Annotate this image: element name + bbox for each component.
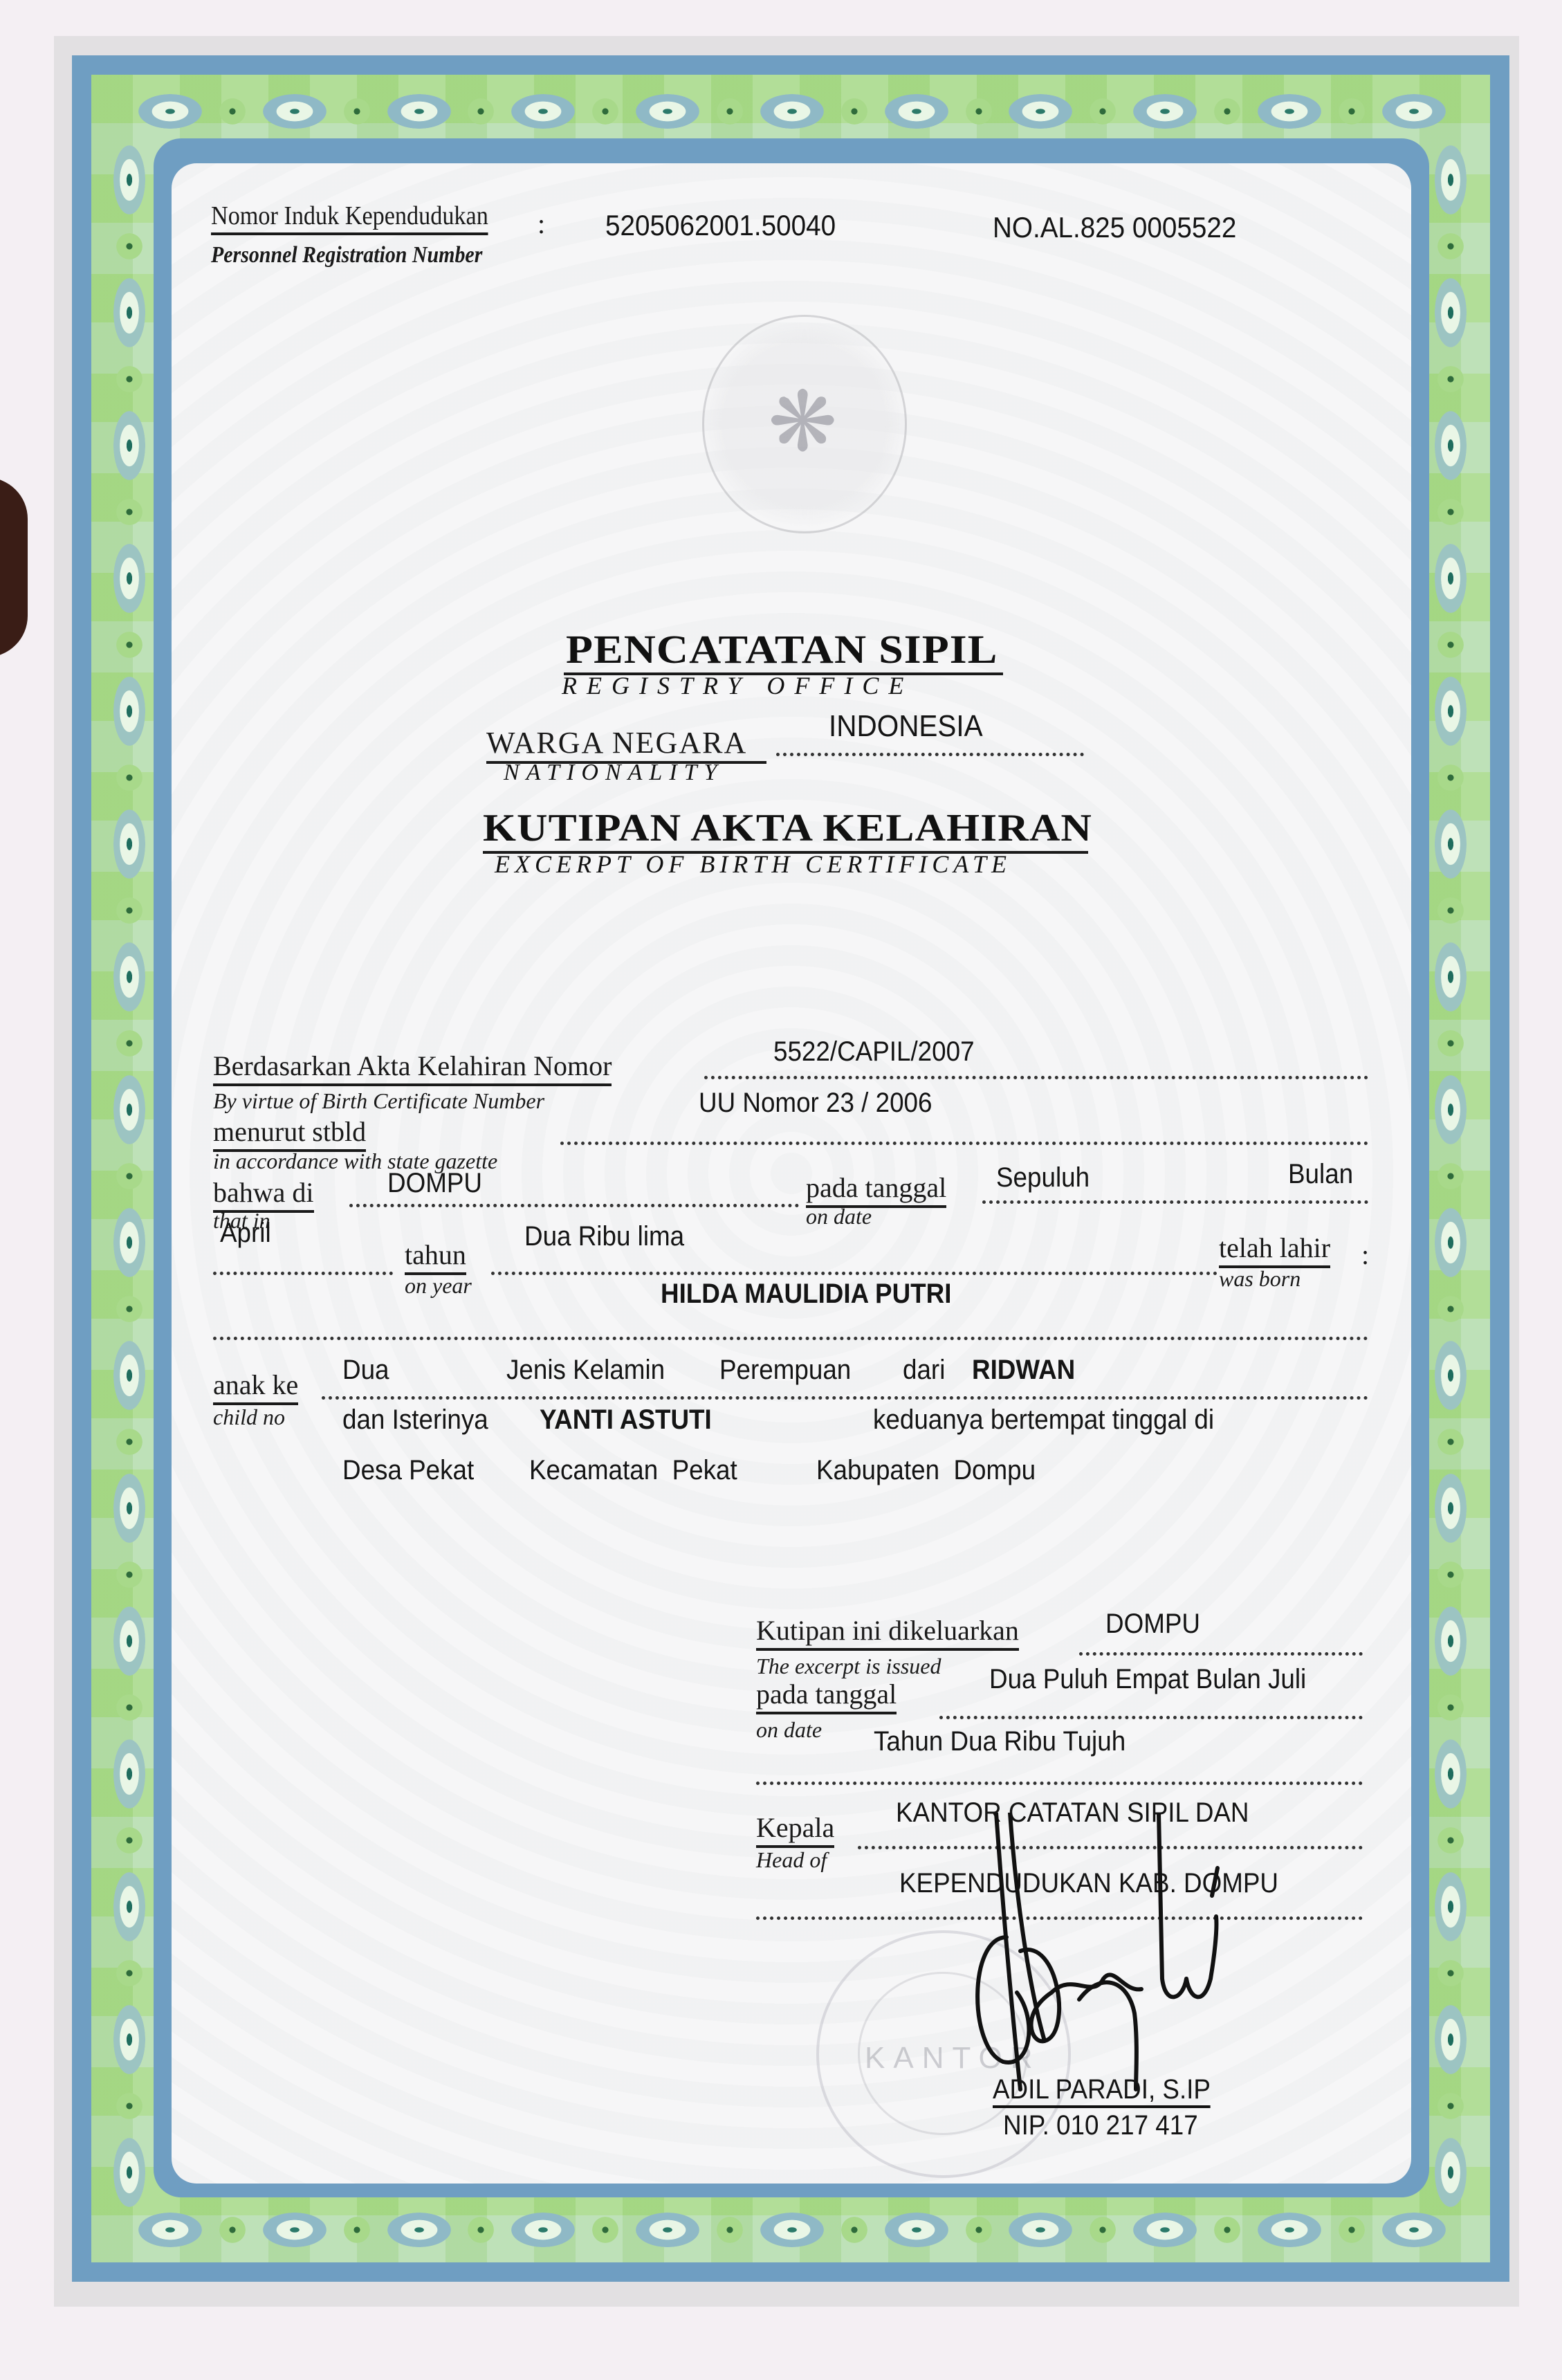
head-label-en: Head of: [756, 1847, 827, 1873]
date-day-value: Sepuluh: [996, 1162, 1090, 1193]
border-quatrefoil-icon: [113, 1872, 145, 1941]
border-dot-icon: [1435, 364, 1466, 394]
border-quatrefoil-icon: [138, 2213, 202, 2247]
year-value: Dua Ribu lima: [524, 1221, 684, 1252]
border-quatrefoil-icon: [1009, 2213, 1072, 2247]
border-quatrefoil-icon: [1382, 94, 1446, 129]
born-label-en: was born: [1219, 1266, 1301, 1292]
nationality-value: INDONESIA: [829, 709, 983, 744]
year-label-en: on year: [405, 1273, 472, 1299]
border-quatrefoil-icon: [113, 278, 145, 347]
border-dot-icon: [839, 2215, 870, 2245]
border-dot-icon: [466, 96, 496, 127]
border-dot-icon: [839, 96, 870, 127]
border-dot-icon: [466, 2215, 496, 2245]
border-dot-icon: [114, 630, 145, 660]
border-dot-icon: [114, 2091, 145, 2121]
date-label-en: on date: [806, 1204, 872, 1229]
border-quatrefoil-icon: [113, 1208, 145, 1277]
child-order-label-en: child no: [213, 1404, 285, 1430]
border-dot-icon: [1435, 497, 1466, 527]
border-quatrefoil-icon: [1382, 2213, 1446, 2247]
document-title: KUTIPAN AKTA KELAHIRAN: [483, 806, 1092, 850]
border-quatrefoil-icon: [1435, 2005, 1467, 2074]
border-dot-icon: [114, 364, 145, 394]
border-quatrefoil-icon: [1435, 2138, 1467, 2207]
border-quatrefoil-icon: [1258, 94, 1321, 129]
border-dot-icon: [1435, 895, 1466, 926]
border-dot-icon: [114, 1825, 145, 1856]
border-quatrefoil-icon: [760, 2213, 824, 2247]
border-quatrefoil-icon: [636, 94, 699, 129]
border-quatrefoil-icon: [113, 1739, 145, 1809]
border-quatrefoil-icon: [1435, 809, 1467, 879]
border-quatrefoil-icon: [113, 2138, 145, 2207]
border-dot-icon: [1435, 231, 1466, 262]
issued-date-label-en: on date: [756, 1717, 822, 1743]
border-dot-icon: [342, 2215, 372, 2245]
issued-place-value: DOMPU: [1105, 1609, 1200, 1640]
border-dot-icon: [1212, 96, 1242, 127]
border-quatrefoil-icon: [113, 677, 145, 746]
village-value: Desa Pekat: [342, 1455, 474, 1486]
border-quatrefoil-icon: [113, 809, 145, 879]
border-quatrefoil-icon: [511, 2213, 575, 2247]
border-quatrefoil-icon: [263, 2213, 327, 2247]
border-quatrefoil-icon: [113, 145, 145, 214]
border-dot-icon: [217, 2215, 248, 2245]
border-quatrefoil-icon: [1435, 278, 1467, 347]
border-ornament-left: [105, 145, 154, 2207]
border-ornament-top: [138, 87, 1446, 136]
border-quatrefoil-icon: [636, 2213, 699, 2247]
border-dot-icon: [1435, 1028, 1466, 1059]
gender-label: Jenis Kelamin: [506, 1355, 665, 1386]
residence-label: keduanya bertempat tinggal di: [873, 1404, 1214, 1436]
from-label: dari: [903, 1355, 945, 1386]
place-value: DOMPU: [387, 1168, 482, 1199]
nik-value: 5205062001.50040: [605, 209, 836, 242]
border-quatrefoil-icon: [1435, 1739, 1467, 1809]
act-number-label-en: By virtue of Birth Certificate Number: [213, 1088, 544, 1114]
border-quatrefoil-icon: [1435, 1341, 1467, 1410]
border-quatrefoil-icon: [1435, 1606, 1467, 1676]
border-dot-icon: [114, 1559, 145, 1590]
border-quatrefoil-icon: [113, 544, 145, 613]
border-dot-icon: [114, 497, 145, 527]
mother-name: YANTI ASTUTI: [540, 1404, 712, 1436]
border-ornament-bottom: [138, 2206, 1446, 2254]
border-quatrefoil-icon: [1435, 1474, 1467, 1543]
border-quatrefoil-icon: [1435, 1208, 1467, 1277]
born-label: telah lahir: [1219, 1232, 1330, 1268]
issued-label: Kutipan ini dikeluarkan: [756, 1614, 1019, 1651]
nationality-label-en: NATIONALITY: [504, 760, 724, 786]
border-quatrefoil-icon: [1133, 94, 1197, 129]
nik-colon: :: [537, 208, 545, 240]
border-quatrefoil-icon: [1435, 942, 1467, 1011]
border-dot-icon: [715, 96, 745, 127]
stbld-value: UU Nomor 23 / 2006: [699, 1088, 932, 1119]
child-name: HILDA MAULIDIA PUTRI: [661, 1279, 951, 1310]
border-dot-icon: [590, 2215, 621, 2245]
border-dot-icon: [1087, 96, 1118, 127]
issued-date-label: pada tanggal: [756, 1678, 897, 1714]
nik-label: Nomor Induk Kependudukan: [211, 201, 488, 235]
district-value: Kecamatan Pekat: [529, 1455, 737, 1486]
border-dot-icon: [1435, 1161, 1466, 1191]
border-dot-icon: [1435, 1559, 1466, 1590]
thumb-photo-artifact: [0, 477, 28, 657]
child-order-label: anak ke: [213, 1368, 298, 1405]
child-order-value: Dua: [342, 1355, 389, 1386]
issued-date-line2: Tahun Dua Ribu Tujuh: [874, 1726, 1125, 1757]
issued-date-line1: Dua Puluh Empat Bulan Juli: [989, 1664, 1306, 1695]
head-label: Kepala: [756, 1811, 834, 1848]
gender-value: Perempuan: [719, 1355, 851, 1386]
date-label: pada tanggal: [806, 1171, 946, 1208]
border-quatrefoil-icon: [387, 2213, 451, 2247]
border-quatrefoil-icon: [1258, 2213, 1321, 2247]
official-nip: NIP. 010 217 417: [1003, 2110, 1198, 2141]
border-dot-icon: [114, 1692, 145, 1723]
border-quatrefoil-icon: [113, 2005, 145, 2074]
nationality-label: WARGA NEGARA: [486, 725, 747, 760]
border-dot-icon: [1212, 2215, 1242, 2245]
serial-number: NO.AL.825 0005522: [993, 211, 1236, 244]
nik-label-en: Personnel Registration Number: [211, 242, 482, 268]
border-dot-icon: [114, 231, 145, 262]
date-month-value: April: [220, 1218, 271, 1249]
border-quatrefoil-icon: [113, 1474, 145, 1543]
border-quatrefoil-icon: [760, 94, 824, 129]
border-dot-icon: [1435, 1692, 1466, 1723]
border-ornament-right: [1426, 145, 1475, 2207]
border-quatrefoil-icon: [113, 942, 145, 1011]
border-dot-icon: [114, 1161, 145, 1191]
border-quatrefoil-icon: [1133, 2213, 1197, 2247]
border-dot-icon: [1336, 96, 1367, 127]
border-dot-icon: [114, 1028, 145, 1059]
border-quatrefoil-icon: [885, 94, 948, 129]
border-dot-icon: [1087, 2215, 1118, 2245]
border-dot-icon: [1435, 1427, 1466, 1457]
border-dot-icon: [114, 762, 145, 793]
border-quatrefoil-icon: [1009, 94, 1072, 129]
border-dot-icon: [217, 96, 248, 127]
wife-label: dan Isterinya: [342, 1404, 488, 1436]
border-dot-icon: [1435, 1294, 1466, 1324]
official-name: ADIL PARADI, S.IP: [993, 2074, 1211, 2108]
born-colon: :: [1361, 1238, 1369, 1271]
border-quatrefoil-icon: [1435, 411, 1467, 480]
year-label: tahun: [405, 1238, 466, 1275]
date-month-word: Bulan: [1288, 1159, 1353, 1190]
border-quatrefoil-icon: [1435, 677, 1467, 746]
border-dot-icon: [1336, 2215, 1367, 2245]
signature-icon: [955, 1813, 1314, 2103]
border-dot-icon: [1435, 762, 1466, 793]
border-dot-icon: [590, 96, 621, 127]
border-dot-icon: [1435, 1825, 1466, 1856]
border-quatrefoil-icon: [1435, 544, 1467, 613]
border-quatrefoil-icon: [1435, 145, 1467, 214]
garuda-emblem-icon: ❋: [768, 367, 837, 477]
border-dot-icon: [964, 96, 994, 127]
office-title: PENCATATAN SIPIL: [566, 626, 998, 672]
border-dot-icon: [114, 1958, 145, 1988]
border-dot-icon: [1435, 2091, 1466, 2121]
act-number-value: 5522/CAPIL/2007: [773, 1036, 975, 1068]
document-title-en: EXCERPT OF BIRTH CERTIFICATE: [495, 850, 1011, 879]
border-dot-icon: [1435, 1958, 1466, 1988]
father-name: RIDWAN: [972, 1355, 1075, 1386]
border-quatrefoil-icon: [113, 1075, 145, 1144]
office-title-en: REGISTRY OFFICE: [562, 671, 913, 700]
border-quatrefoil-icon: [885, 2213, 948, 2247]
border-quatrefoil-icon: [113, 1341, 145, 1410]
issued-label-en: The excerpt is issued: [756, 1654, 941, 1679]
border-dot-icon: [114, 895, 145, 926]
border-dot-icon: [342, 96, 372, 127]
border-quatrefoil-icon: [511, 94, 575, 129]
border-quatrefoil-icon: [387, 94, 451, 129]
border-dot-icon: [114, 1294, 145, 1324]
border-quatrefoil-icon: [113, 411, 145, 480]
border-quatrefoil-icon: [263, 94, 327, 129]
border-dot-icon: [114, 1427, 145, 1457]
border-quatrefoil-icon: [138, 94, 202, 129]
border-dot-icon: [715, 2215, 745, 2245]
border-dot-icon: [1435, 630, 1466, 660]
border-quatrefoil-icon: [113, 1606, 145, 1676]
border-dot-icon: [964, 2215, 994, 2245]
act-number-label: Berdasarkan Akta Kelahiran Nomor: [213, 1050, 612, 1086]
stbld-label: menurut stbld: [213, 1115, 366, 1152]
border-quatrefoil-icon: [1435, 1872, 1467, 1941]
border-quatrefoil-icon: [1435, 1075, 1467, 1144]
regency-value: Kabupaten Dompu: [816, 1455, 1036, 1486]
